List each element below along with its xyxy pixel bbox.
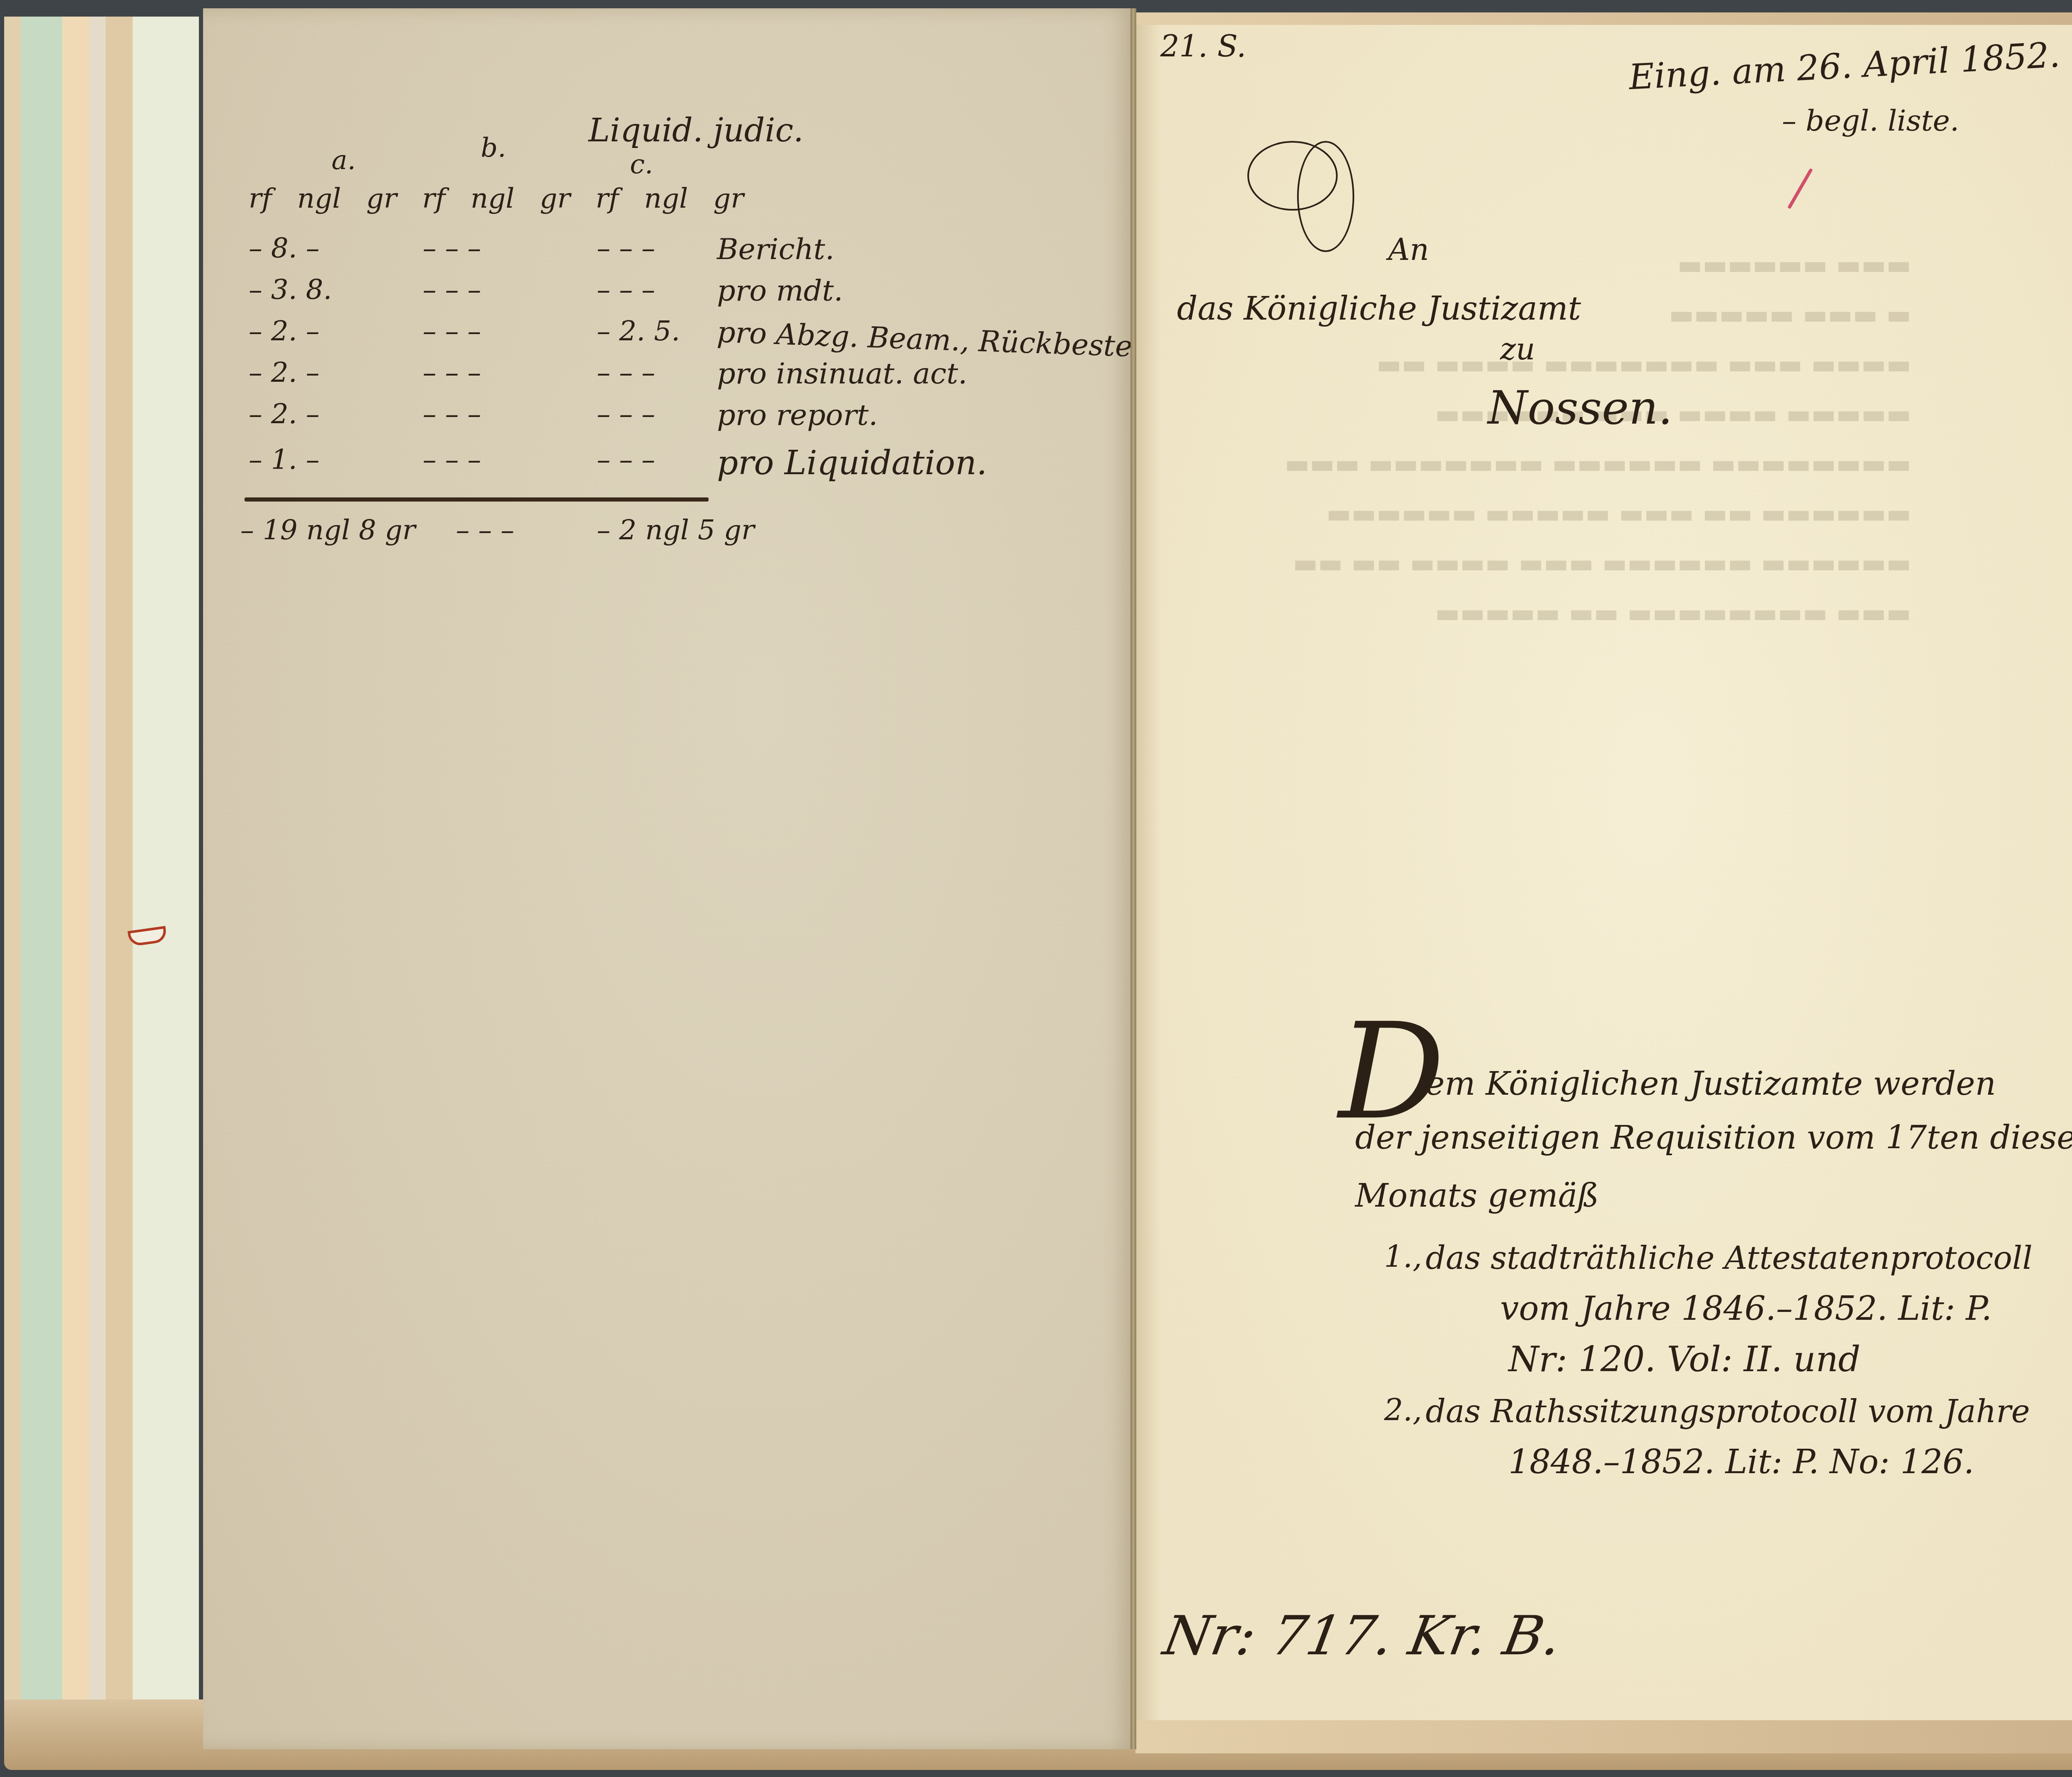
page-edge-pale [133, 17, 199, 1760]
cell-c: – 2. 5. [597, 315, 680, 347]
unit: gr [540, 182, 570, 214]
row-description: pro mdt. [717, 274, 843, 308]
cell-a: – 3. 8. [249, 274, 332, 305]
row-description: pro insinuat. act. [717, 356, 967, 390]
cell-b: – – – [423, 444, 481, 475]
row-description: Bericht. [717, 232, 834, 266]
address-an: An [1388, 232, 1429, 267]
left-page [203, 8, 1133, 1749]
unit: gr [366, 182, 397, 214]
column-label-a: a. [332, 145, 356, 176]
cell-a: – 2. – [249, 315, 320, 347]
unit: ngl [644, 182, 688, 214]
body-line-3: Monats gemäß [1355, 1177, 1599, 1215]
address-zu: zu [1500, 332, 1535, 366]
row-description: pro Liquidation. [717, 444, 987, 482]
item-2-line-2: 1848.–1852. Lit: P. No: 126. [1508, 1442, 1974, 1481]
unit: rf [422, 182, 445, 214]
row-description: pro report. [717, 398, 878, 432]
cell-b: – – – [423, 274, 481, 305]
sum-rule [244, 497, 709, 502]
receipt-note-sub: – begl. liste. [1782, 104, 1959, 138]
unit: rf [595, 182, 619, 214]
folio-number-left: 21. S. [1160, 29, 1246, 64]
cell-c: – – – [597, 274, 655, 305]
book-gutter [1130, 8, 1136, 1749]
item-1-line-1: das stadträthliche Attestatenprotocoll [1426, 1239, 2032, 1276]
column-label-c: c. [630, 149, 653, 180]
body-line-2: der jenseitigen Requisition vom 17ten di… [1355, 1119, 2072, 1156]
unit: gr [713, 182, 744, 214]
cell-c: – – – [597, 232, 655, 264]
cell-c: – – – [597, 444, 655, 475]
units-row: rf ngl gr rf ngl gr rf ngl gr [249, 182, 744, 214]
cell-c: – – – [597, 356, 655, 388]
cell-b: – – – [423, 356, 481, 388]
registry-number: Nr: 717. Kr. B. [1159, 1604, 1566, 1667]
unit: ngl [471, 182, 515, 214]
address-recipient: das Königliche Justizamt [1177, 290, 1581, 327]
total-b: – – – [456, 514, 514, 546]
cell-b: – – – [423, 398, 481, 430]
address-place: Nossen. [1488, 381, 1673, 434]
cell-b: – – – [423, 315, 481, 347]
item-2-number: 2., [1384, 1393, 1422, 1428]
page-edge-green [21, 17, 62, 1760]
column-label-b: b. [481, 133, 506, 163]
body-line-1: em Königlichen Justizamte werden [1426, 1065, 1996, 1103]
page-edge-tan [106, 17, 135, 1760]
total-c: – 2 ngl 5 gr [597, 514, 755, 546]
item-1-line-3: Nr: 120. Vol: II. und [1508, 1339, 1861, 1379]
address-flourish-inner [1297, 141, 1354, 252]
total-a: – 19 ngl 8 gr [240, 514, 416, 546]
unit: ngl [297, 182, 341, 214]
cell-a: – 2. – [249, 356, 320, 388]
item-2-line-1: das Rathssitzungsprotocoll vom Jahre [1426, 1393, 2030, 1430]
unit: rf [249, 182, 272, 214]
item-1-number: 1., [1384, 1239, 1422, 1274]
cell-a: – 8. – [249, 232, 320, 264]
item-1-line-2: vom Jahre 1846.–1852. Lit: P. [1500, 1289, 1992, 1328]
ledger-heading: Liquid. judic. [588, 112, 804, 149]
cell-c: – – – [597, 398, 655, 430]
cell-b: – – – [423, 232, 481, 264]
cell-a: – 2. – [249, 398, 320, 430]
cell-a: – 1. – [249, 444, 320, 475]
